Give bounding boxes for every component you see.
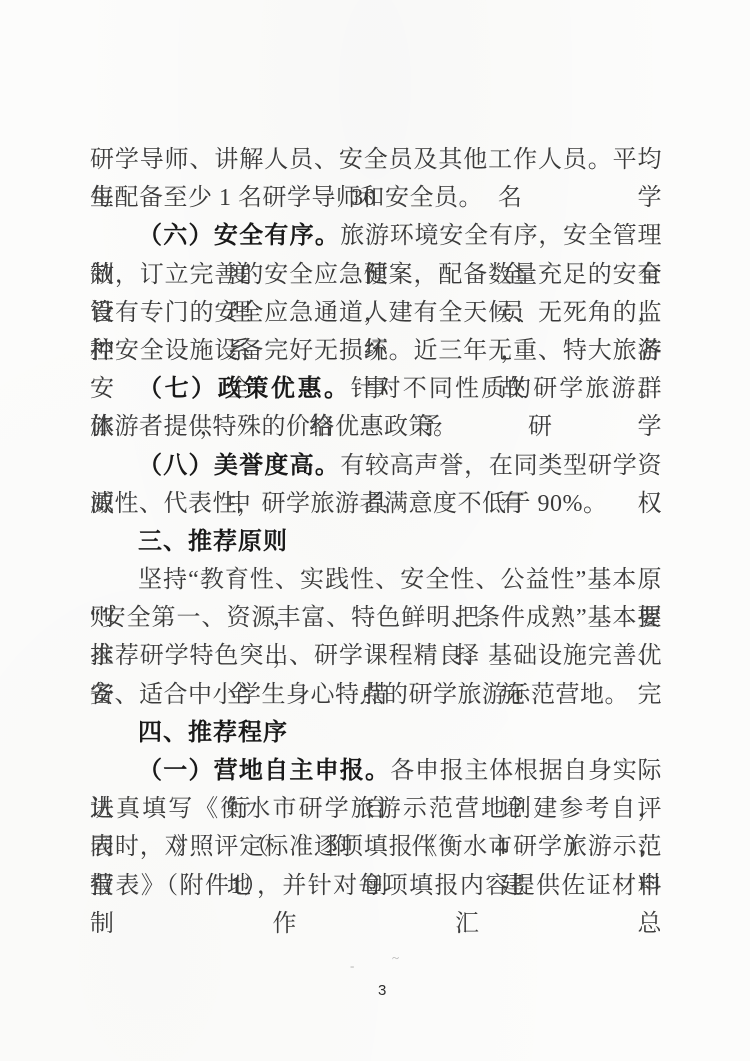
text-line: 同时，对照评定标准逐项填报《衡水市研学旅游示范营地创建申 xyxy=(90,828,662,866)
text-line: （七）政策优惠。针对不同性质的研学旅游群体，给予研学 xyxy=(90,370,662,408)
text-run: 报表》（附件1），并针对每项填报内容提供佐证材料制作汇总 xyxy=(90,873,662,937)
text-line: 设有专门的安全应急通道，建有全天候、无死角的监控系统，各 xyxy=(90,294,662,332)
scan-artifact: ~ xyxy=(392,950,399,966)
scan-artifact: - xyxy=(350,958,354,974)
heading-run: （一）营地自主申报。 xyxy=(138,757,390,784)
text-line: 研学导师、讲解人员、安全员及其他工作人员。平均每 30 名学 xyxy=(90,141,662,179)
text-line: 认真填写《衡水市研学旅游示范营地创建参考自评表》（附件4）； xyxy=(90,790,662,828)
text-line: （一）营地自主申报。各申报主体根据自身实际进行自评， xyxy=(90,752,662,790)
heading-run: 三、推荐原则 xyxy=(138,528,288,555)
text-run: 旅游者提供特殊的价格优惠政策。 xyxy=(90,414,458,440)
text-block: 研学导师、讲解人员、安全员及其他工作人员。平均每 30 名学生配备至少 1 名研… xyxy=(90,141,662,905)
scanned-document-page: 研学导师、讲解人员、安全员及其他工作人员。平均每 30 名学生配备至少 1 名研… xyxy=(0,0,750,1061)
text-line: 推荐研学特色突出、研学课程精良、基础设施完善、安全措施完 xyxy=(90,637,662,675)
text-run: 备、适合中小学生身心特点的研学旅游示范营地。 xyxy=(90,682,629,708)
text-line: 备、适合中小学生身心特点的研学旅游示范营地。 xyxy=(90,676,662,714)
text-line: 报表》（附件1），并针对每项填报内容提供佐证材料制作汇总 xyxy=(90,867,662,905)
text-run: 威性、代表性，研学旅游者满意度不低于 90%。 xyxy=(90,491,608,517)
text-line: 威性、代表性，研学旅游者满意度不低于 90%。 xyxy=(90,485,662,523)
heading-run: （八）美誉度高。 xyxy=(138,452,340,479)
heading-run: 四、推荐程序 xyxy=(138,719,288,746)
text-line: 效，订立完善的安全应急预案，配备数量充足的安全管理人员， xyxy=(90,256,662,294)
text-run: 生配备至少 1 名研学导师和安全员。 xyxy=(90,185,483,211)
heading-run: （七）政策优惠。 xyxy=(138,375,351,402)
page-number: 3 xyxy=(378,982,386,999)
text-line: （八）美誉度高。有较高声誉，在同类型研学资源中具有权 xyxy=(90,447,662,485)
heading-run: （六）安全有序。 xyxy=(138,222,340,249)
text-line: 三、推荐原则 xyxy=(90,523,662,561)
text-line: （六）安全有序。旅游环境安全有序，安全管理制度健全有 xyxy=(90,217,662,255)
text-line: “安全第一、资源丰富、特色鲜明、条件成熟”基本要求，择优 xyxy=(90,599,662,637)
text-line: 种安全设施设备完好无损坏。近三年无重、特大旅游安全事故。 xyxy=(90,332,662,370)
text-line: 四、推荐程序 xyxy=(90,714,662,752)
text-line: 坚持“教育性、实践性、安全性、公益性”基本原则，把握 xyxy=(90,561,662,599)
